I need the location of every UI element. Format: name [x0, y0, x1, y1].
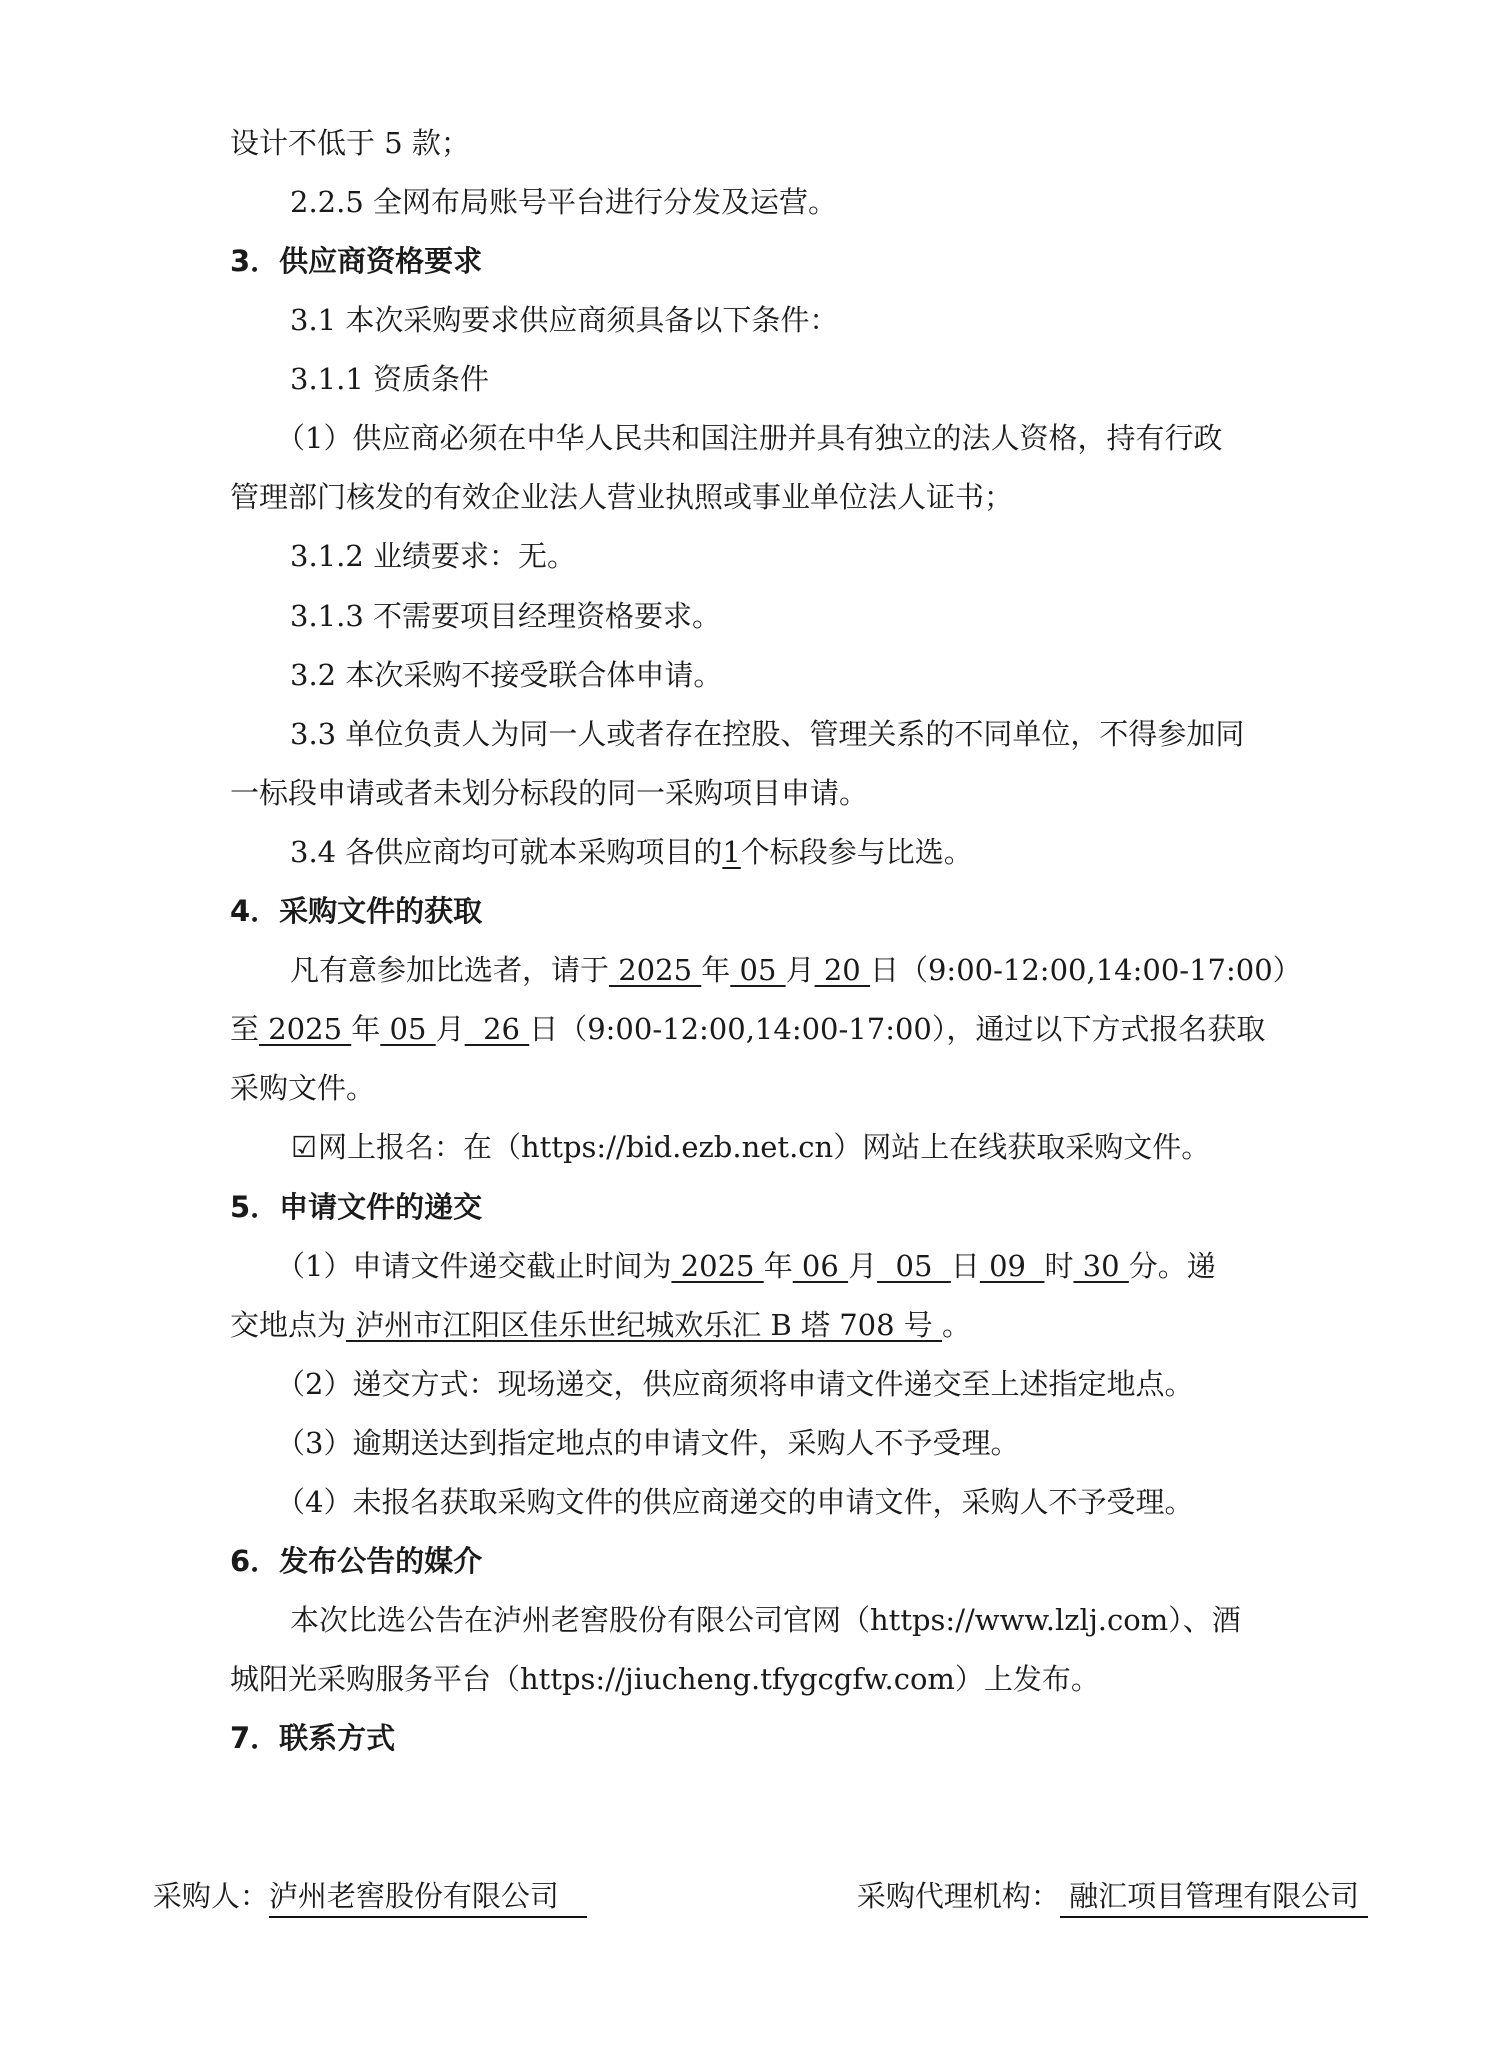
paragraph-line: 采购文件。 — [230, 1070, 375, 1106]
submission-item-4: （4）未报名获取采购文件的供应商递交的申请文件，采购人不予受理。 — [276, 1484, 1193, 1520]
deadline-day: 05 — [877, 1249, 951, 1283]
purchaser-signature: 采购人：泸州老窖股份有限公司 — [116, 1842, 587, 1954]
end-day: 26 — [465, 1012, 530, 1046]
agency-name: 融汇项目管理有限公司 — [1060, 1878, 1368, 1918]
text: 年 — [764, 1249, 793, 1283]
deadline-minute: 30 — [1073, 1249, 1128, 1283]
agency-signature: 采购代理机构： 融汇项目管理有限公司 — [820, 1842, 1368, 1954]
section-heading-5: 5．申请文件的递交 — [230, 1189, 482, 1225]
clause-2-2-5: 2.2.5 全网布局账号平台进行分发及运营。 — [290, 184, 837, 220]
text: 至 — [230, 1012, 259, 1046]
purchaser-label: 采购人： — [153, 1879, 269, 1913]
text: 交地点为 — [230, 1308, 346, 1342]
section-heading-3: 3．供应商资格要求 — [230, 243, 482, 279]
purchaser-name: 泸州老窖股份有限公司 — [269, 1878, 587, 1918]
section-heading-7: 7．联系方式 — [230, 1720, 395, 1756]
submission-item-3: （3）逾期送达到指定地点的申请文件，采购人不予受理。 — [276, 1425, 1019, 1461]
text: 月 — [436, 1012, 465, 1046]
section-heading-6: 6．发布公告的媒介 — [230, 1543, 482, 1579]
clause-3-1: 3.1 本次采购要求供应商须具备以下条件： — [290, 302, 838, 338]
submission-deadline: （1）申请文件递交截止时间为 2025 年 06 月 05 日 09 时 30 … — [276, 1248, 1216, 1284]
text: 个标段参与比选。 — [741, 835, 973, 869]
text: 月 — [848, 1249, 877, 1283]
deadline-year: 2025 — [671, 1249, 763, 1283]
submission-location: 交地点为 泸州市江阳区佳乐世纪城欢乐汇 B 塔 708 号 。 — [230, 1307, 971, 1343]
start-month: 05 — [730, 953, 785, 987]
text: 时 — [1044, 1249, 1073, 1283]
text: （1）申请文件递交截止时间为 — [276, 1249, 671, 1283]
clause-3-4: 3.4 各供应商均可就本采购项目的1个标段参与比选。 — [290, 834, 973, 870]
text: 年 — [701, 953, 730, 987]
acquisition-period-start: 凡有意参加比选者，请于 2025 年 05 月 20 日（9:00-12:00,… — [290, 952, 1302, 988]
section-heading-4: 4．采购文件的获取 — [230, 893, 482, 929]
clause-3-1-2: 3.1.2 业绩要求：无。 — [290, 538, 576, 574]
text: 日 — [951, 1249, 980, 1283]
text: 月 — [786, 953, 815, 987]
end-year: 2025 — [259, 1012, 351, 1046]
deadline-month: 06 — [793, 1249, 848, 1283]
text: 日（9:00-12:00,14:00-17:00），通过以下方式报名获取 — [529, 1012, 1265, 1046]
location-address: 泸州市江阳区佳乐世纪城欢乐汇 B 塔 708 号 — [346, 1308, 942, 1342]
text: 3.4 各供应商均可就本采购项目的 — [290, 835, 722, 869]
text: 。 — [942, 1308, 971, 1342]
clause-3-3: 3.3 单位负责人为同一人或者存在控股、管理关系的不同单位，不得参加同 — [290, 716, 1244, 752]
online-registration-text: 网上报名：在（https://bid.ezb.net.cn）网站上在线获取采购文… — [318, 1130, 1210, 1164]
text: 日（9:00-12:00,14:00-17:00） — [870, 953, 1302, 987]
checkbox-checked-icon: ☑ — [290, 1129, 318, 1165]
online-registration: ☑网上报名：在（https://bid.ezb.net.cn）网站上在线获取采购… — [290, 1129, 1210, 1165]
paragraph-line: 一标段申请或者未划分标段的同一采购项目申请。 — [230, 775, 868, 811]
start-day: 20 — [815, 953, 870, 987]
paragraph-line: 城阳光采购服务平台（https://jiucheng.tfygcgfw.com）… — [230, 1661, 1100, 1697]
deadline-hour: 09 — [980, 1249, 1045, 1283]
lot-count: 1 — [722, 835, 740, 869]
clause-3-2: 3.2 本次采购不接受联合体申请。 — [290, 657, 722, 693]
clause-3-1-1-item-1: （1）供应商必须在中华人民共和国注册并具有独立的法人资格，持有行政 — [276, 420, 1222, 456]
agency-label: 采购代理机构： — [857, 1879, 1060, 1913]
submission-item-2: （2）递交方式：现场递交，供应商须将申请文件递交至上述指定地点。 — [276, 1366, 1193, 1402]
paragraph-line: 管理部门核发的有效企业法人营业执照或事业单位法人证书； — [230, 479, 1013, 515]
text: 年 — [351, 1012, 380, 1046]
end-month: 05 — [380, 1012, 435, 1046]
clause-3-1-3: 3.1.3 不需要项目经理资格要求。 — [290, 598, 721, 634]
paragraph-line: 设计不低于 5 款； — [230, 125, 470, 161]
clause-3-1-1: 3.1.1 资质条件 — [290, 361, 489, 397]
acquisition-period-end: 至 2025 年 05 月 26 日（9:00-12:00,14:00-17:0… — [230, 1011, 1265, 1047]
text: 分。递 — [1129, 1249, 1216, 1283]
publication-media: 本次比选公告在泸州老窖股份有限公司官网（https://www.lzlj.com… — [290, 1602, 1241, 1638]
start-year: 2025 — [609, 953, 701, 987]
text: 凡有意参加比选者，请于 — [290, 953, 609, 987]
